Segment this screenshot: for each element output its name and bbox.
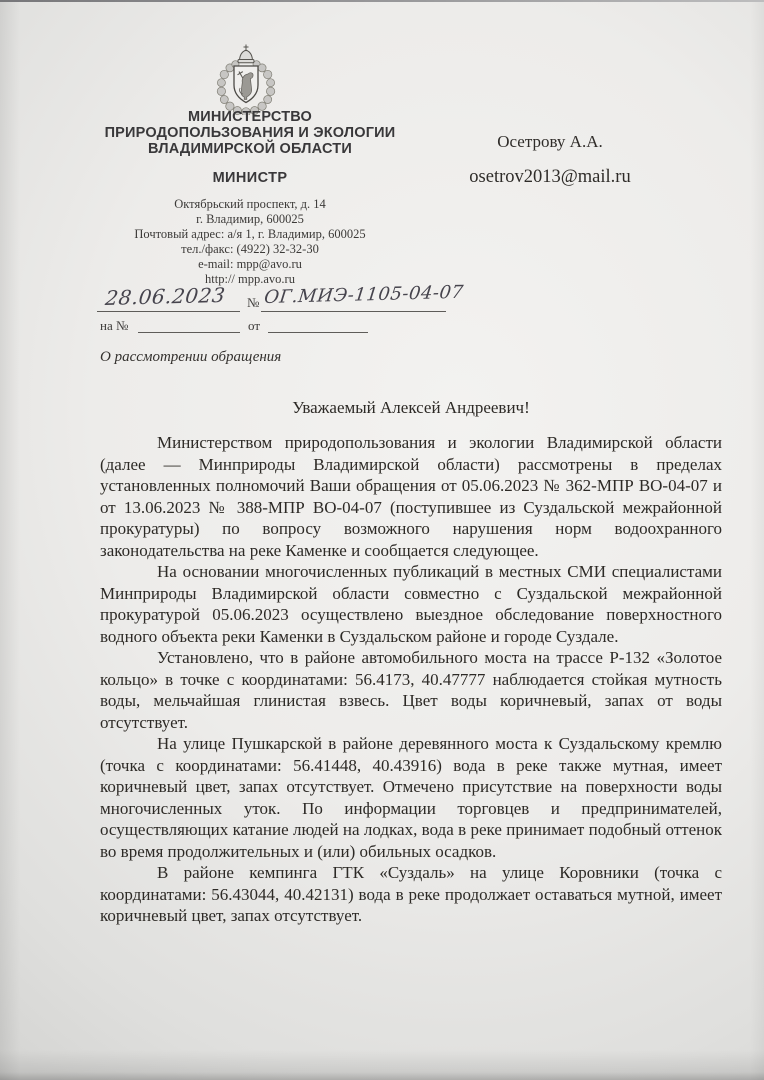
contact-address-line: Почтовый адрес: а/я 1, г. Владимир, 6000…: [42, 227, 458, 242]
scan-edge-bottom: [0, 1072, 764, 1080]
number-sign-label: №: [247, 295, 259, 311]
body-paragraph: На улице Пушкарской в районе деревянного…: [100, 733, 722, 862]
form-underline: [268, 332, 368, 333]
contact-phone-line: тел./факс: (4922) 32-32-30: [42, 242, 458, 257]
form-underline: [138, 332, 240, 333]
scanned-letter-page: МИНИСТЕРСТВО ПРИРОДОПОЛЬЗОВАНИЯ И ЭКОЛОГ…: [0, 0, 764, 1080]
recipient-block: Осетрову А.А. osetrov2013@mail.ru: [440, 132, 660, 188]
outgoing-number-handwritten: ОГ.МИЭ-1105-04-07: [263, 282, 465, 308]
form-underline: [97, 311, 240, 312]
ministry-name-line: ПРИРОДОПОЛЬЗОВАНИЯ И ЭКОЛОГИИ: [42, 125, 458, 141]
contact-address-line: Октябрьский проспект, д. 14: [42, 197, 458, 212]
scan-edge-top: [0, 0, 764, 2]
minister-title: МИНИСТР: [42, 170, 458, 186]
letter-body: Министерством природопользования и эколо…: [100, 432, 722, 927]
form-underline: [261, 311, 446, 312]
reply-date-label: от: [248, 318, 260, 334]
recipient-name: Осетрову А.А.: [440, 132, 660, 152]
body-paragraph: На основании многочисленных публикаций в…: [100, 561, 722, 647]
ministry-name-block: МИНИСТЕРСТВО ПРИРОДОПОЛЬЗОВАНИЯ И ЭКОЛОГ…: [42, 109, 458, 157]
body-paragraph: В районе кемпинга ГТК «Суздаль» на улице…: [100, 862, 722, 927]
contact-email-line: e-mail: mpp@avo.ru: [42, 257, 458, 272]
ministry-name-line: МИНИСТЕРСТВО: [42, 109, 458, 125]
body-paragraph: Установлено, что в районе автомобильного…: [100, 647, 722, 733]
coat-of-arms-icon: [198, 43, 294, 115]
salutation: Уважаемый Алексей Андреевич!: [100, 398, 722, 418]
subject-line: О рассмотрении обращения: [100, 349, 281, 366]
outgoing-date-handwritten: 28.06.2023: [104, 283, 227, 310]
reply-number-label: на №: [100, 318, 128, 334]
contact-address-line: г. Владимир, 600025: [42, 212, 458, 227]
recipient-email: osetrov2013@mail.ru: [440, 167, 660, 188]
ministry-name-line: ВЛАДИМИРСКОЙ ОБЛАСТИ: [42, 141, 458, 157]
ministry-contact-block: Октябрьский проспект, д. 14 г. Владимир,…: [42, 197, 458, 287]
body-paragraph: Министерством природопользования и эколо…: [100, 432, 722, 561]
